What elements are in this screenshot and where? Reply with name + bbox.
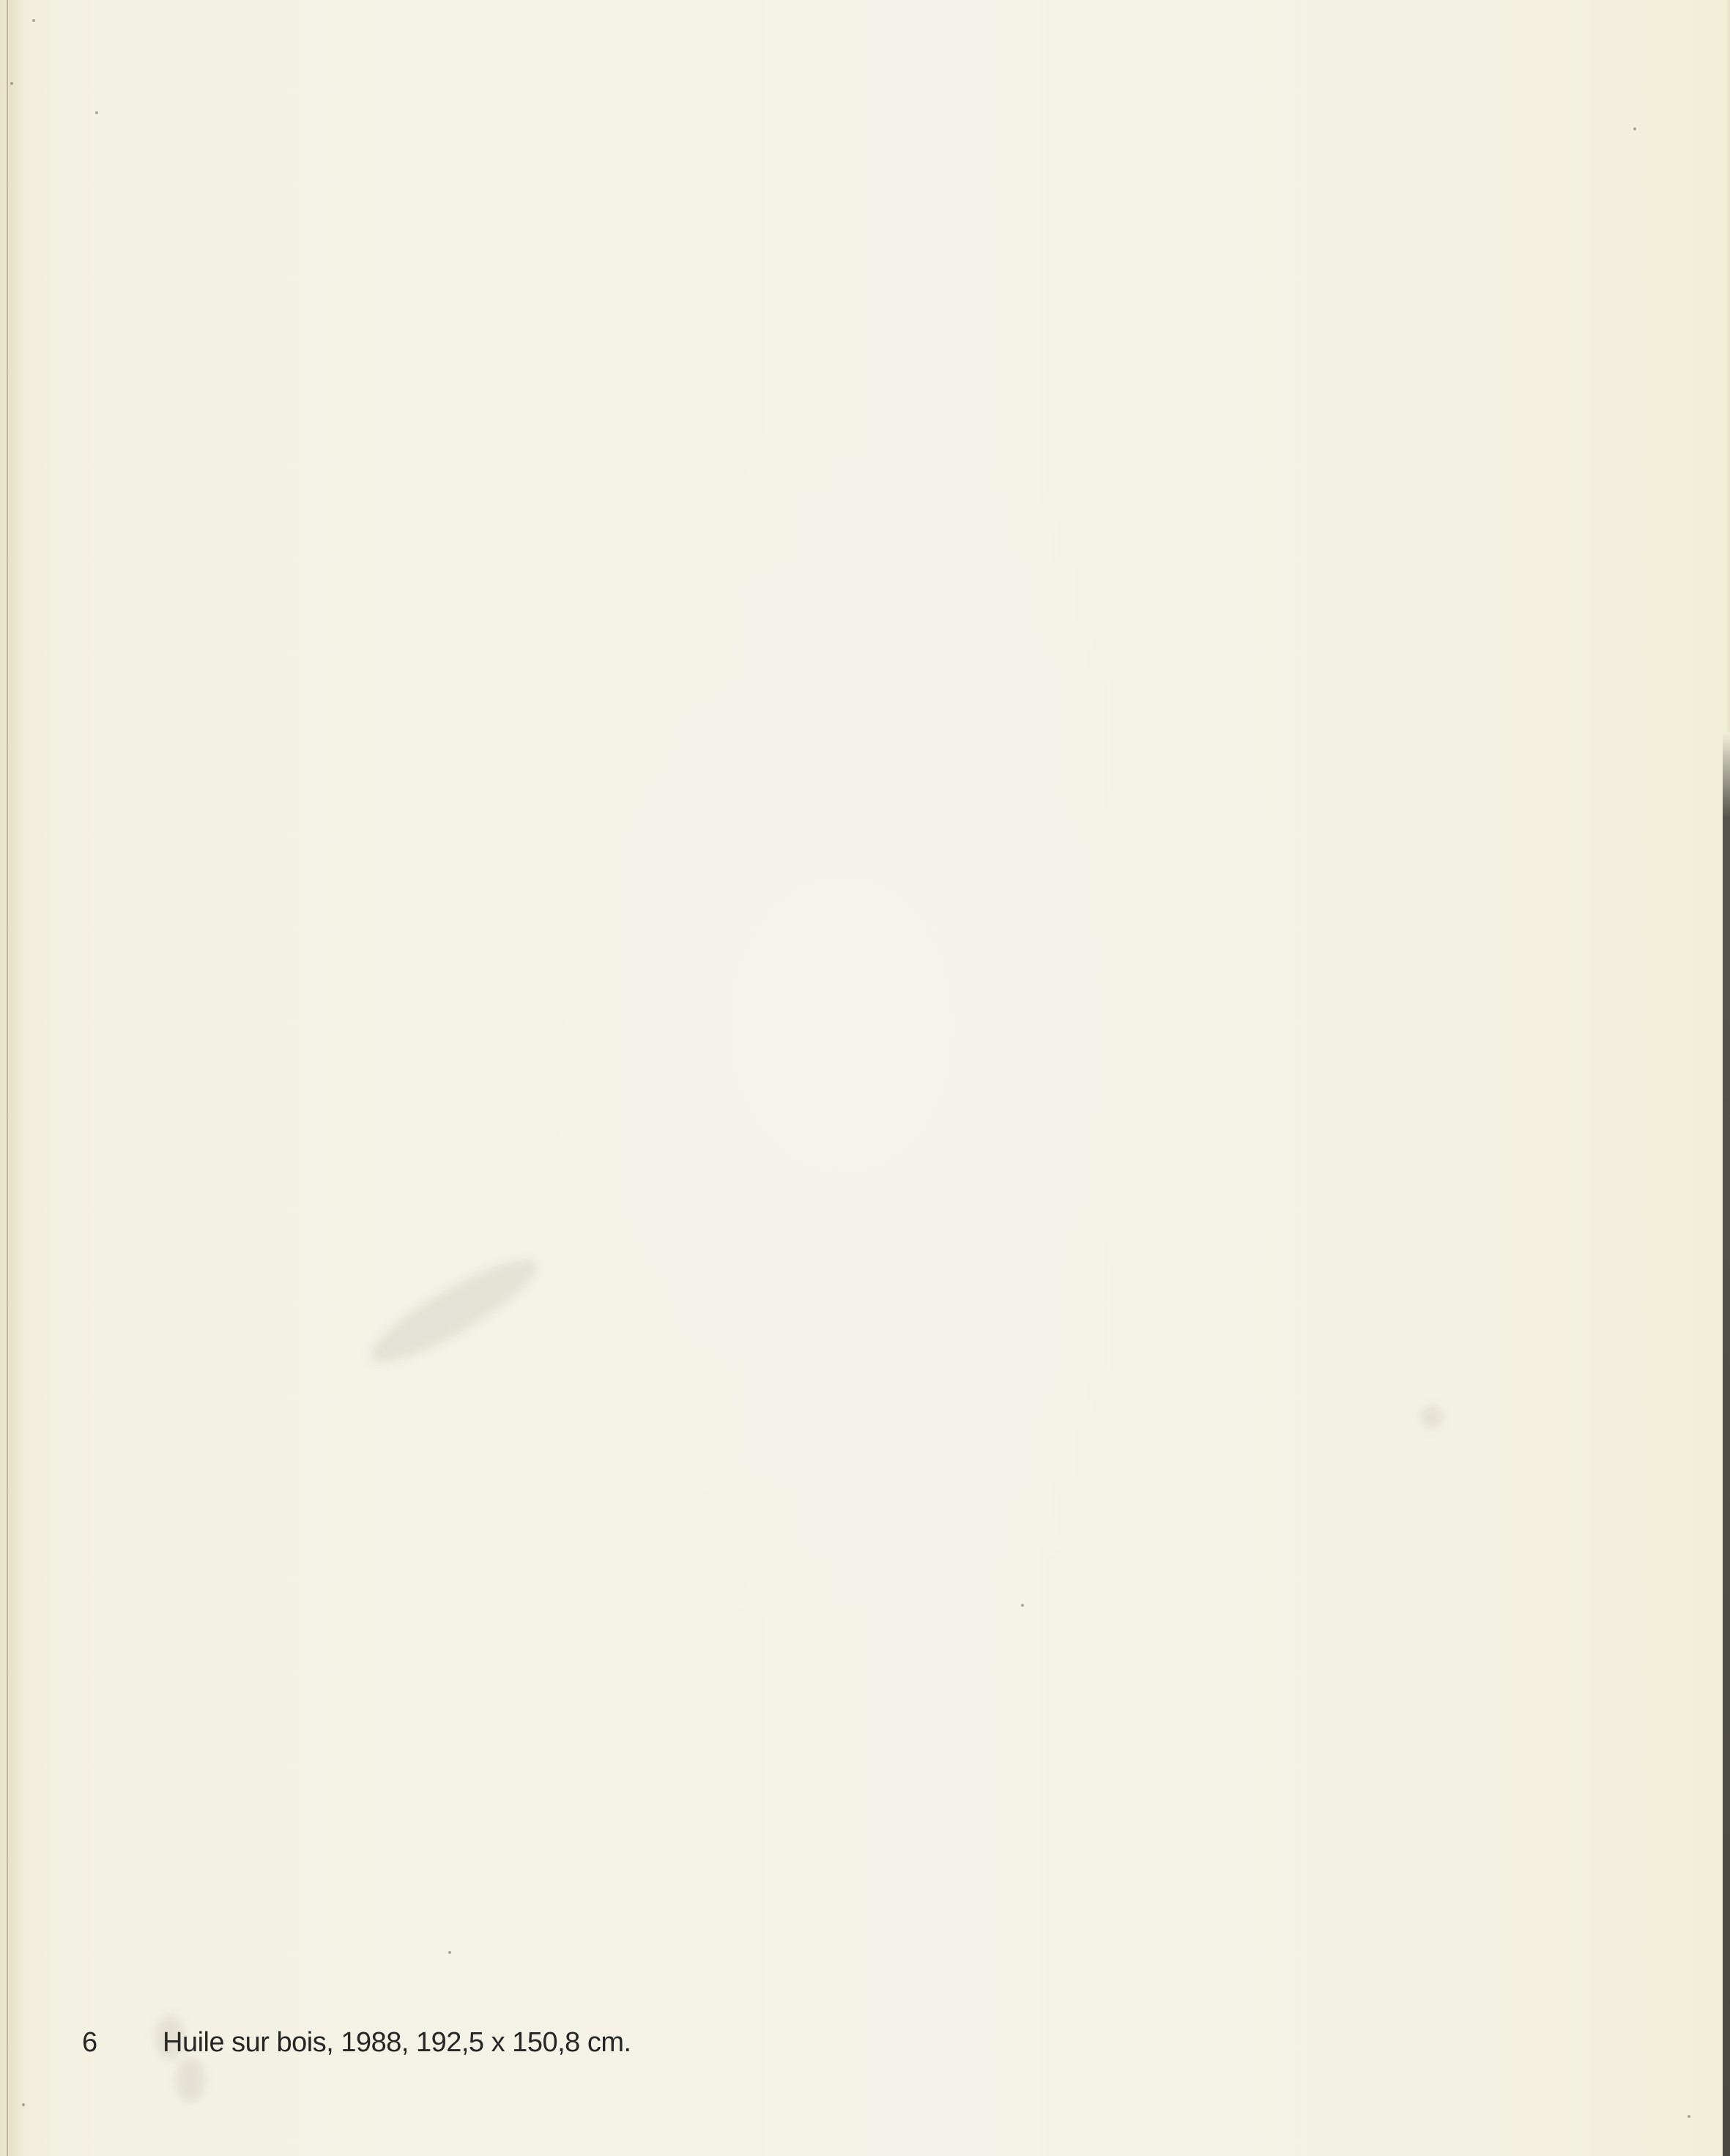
paper-smudge bbox=[360, 1244, 547, 1378]
paper-speck bbox=[22, 2103, 25, 2106]
paper-speck bbox=[32, 19, 35, 22]
paper-smudge bbox=[1421, 1406, 1443, 1428]
plate-number: 6 bbox=[82, 2027, 163, 2059]
binding-shadow bbox=[8, 0, 30, 2156]
paper-speck bbox=[1633, 127, 1636, 130]
binding-edge bbox=[0, 0, 8, 2156]
paper-speck bbox=[1021, 1604, 1024, 1607]
page-right-edge bbox=[1726, 0, 1730, 732]
paper-speck bbox=[1688, 2115, 1690, 2118]
paper-smudge bbox=[176, 2058, 205, 2102]
plate-caption: 6 Huile sur bois, 1988, 192,5 x 150,8 cm… bbox=[82, 2027, 631, 2059]
paper-speck bbox=[10, 82, 13, 85]
catalogue-page: 6 Huile sur bois, 1988, 192,5 x 150,8 cm… bbox=[0, 0, 1730, 2156]
paper-speck bbox=[95, 111, 98, 114]
paper-speck bbox=[448, 1951, 451, 1954]
caption-text: Huile sur bois, 1988, 192,5 x 150,8 cm. bbox=[163, 2027, 631, 2059]
scan-border-strip bbox=[1723, 732, 1730, 2156]
